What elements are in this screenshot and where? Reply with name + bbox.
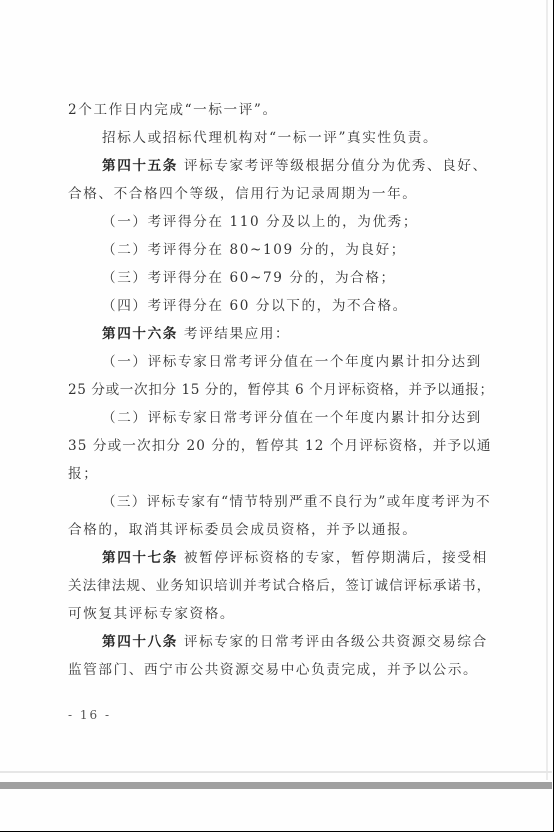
page-number: - 16 - bbox=[68, 708, 111, 722]
text-line: 35 分或一次扣分 20 分的，暂停其 12 个月评标资格，并予以通 bbox=[68, 437, 492, 455]
text-line: 招标人或招标代理机构对“一标一评”真实性负责。 bbox=[102, 129, 438, 147]
article-heading: 第四十八条 bbox=[102, 634, 178, 650]
list-item: （三）评标专家有“情节特别严重不良行为”或年度考评为不 bbox=[102, 493, 491, 511]
text-line: 关法律法规、业务知识培训并考试合格后，签订诚信评标承诺书， bbox=[68, 577, 491, 595]
article-heading: 第四十六条 bbox=[102, 326, 178, 342]
document-page: 2个工作日内完成“一标一评”。 招标人或招标代理机构对“一标一评”真实性负责。 … bbox=[0, 0, 554, 832]
article-47-line: 第四十七条 被暂停评标资格的专家，暂停期满后，接受相 bbox=[102, 549, 488, 567]
page-separator-bar bbox=[0, 782, 552, 789]
article-46-line: 第四十六条 考评结果应用： bbox=[102, 325, 290, 343]
list-item: （一）考评得分在 110 分及以上的，为优秀； bbox=[102, 213, 418, 231]
text-line: 合格的，取消其评标委员会成员资格，并予以通报。 bbox=[68, 521, 417, 539]
list-item: （二）评标专家日常考评分值在一个年度内累计扣分达到 bbox=[102, 409, 482, 427]
list-item: （一）评标专家日常考评分值在一个年度内累计扣分达到 bbox=[102, 353, 482, 371]
text-line: 监管部门、西宁市公共资源交易中心负责完成，并予以公示。 bbox=[68, 661, 478, 679]
text-line: 2个工作日内完成“一标一评”。 bbox=[68, 101, 278, 119]
article-45-line: 第四十五条 评标专家考评等级根据分值分为优秀、良好、 bbox=[102, 157, 488, 175]
text-line: 报； bbox=[68, 465, 98, 483]
text-line: 25 分或一次扣分 15 分的，暂停其 6 个月评标资格，并予以通报； bbox=[68, 381, 494, 399]
list-item: （二）考评得分在 80~109 分的，为良好； bbox=[102, 241, 406, 259]
text-line: 可恢复其评标专家资格。 bbox=[68, 605, 235, 623]
text-line: 合格、不合格四个等级，信用行为记录周期为一年。 bbox=[68, 185, 417, 203]
page-bottom-edge bbox=[0, 771, 552, 773]
list-item: （四）考评得分在 60 分以下的，为不合格。 bbox=[102, 297, 408, 315]
article-heading: 第四十五条 bbox=[102, 158, 178, 174]
article-48-line: 第四十八条 评标专家的日常考评由各级公共资源交易综合 bbox=[102, 633, 488, 651]
list-item: （三）考评得分在 60~79 分的，为合格； bbox=[102, 269, 396, 287]
page-edge-shadow bbox=[546, 0, 548, 780]
article-heading: 第四十七条 bbox=[102, 550, 178, 566]
